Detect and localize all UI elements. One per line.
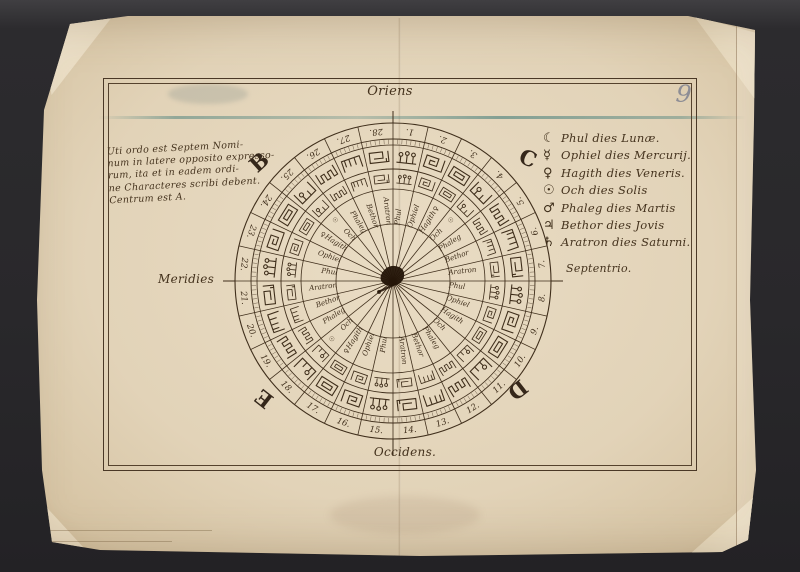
tick-band-mark — [510, 352, 514, 354]
sigil-glyph — [294, 358, 316, 380]
tick-band-mark — [366, 142, 367, 146]
tick-band-mark — [460, 400, 462, 404]
tick-band-mark — [432, 146, 433, 150]
tick-band-mark — [524, 241, 528, 242]
tick-band-mark — [411, 417, 412, 421]
legend-label: Bethor dies Jovis — [561, 218, 664, 232]
sigil-glyph — [488, 336, 507, 358]
legend-label: Phaleg dies Martis — [561, 201, 676, 215]
segment-divider — [239, 246, 393, 281]
sigil-glyph — [316, 376, 338, 395]
spirit-name: Phul — [378, 336, 389, 354]
segment-divider — [358, 281, 393, 435]
legend-block: ☾Phul dies Lunæ.☿Ophiel dies Mercurij.♀H… — [543, 131, 763, 253]
tick-band-mark — [522, 328, 526, 329]
tick-band-mark — [254, 303, 258, 304]
planet-mark: ☉ — [330, 215, 340, 225]
sigil-glyph — [299, 218, 314, 235]
tick-band-mark — [357, 414, 358, 418]
tick-band-mark — [497, 370, 500, 373]
tick-band-mark — [370, 416, 371, 420]
tick-band-mark — [411, 141, 412, 145]
tick-band-mark — [272, 352, 276, 354]
legend-row: ☉Och dies Solis — [543, 183, 763, 200]
photo-background: 9 Oriens Occidens. Meridies Septentrio. … — [0, 0, 800, 572]
tick-band-mark — [316, 163, 318, 167]
wheel-number: 3. — [467, 147, 479, 160]
tick-band-mark — [529, 299, 533, 300]
bottom-crease-line — [42, 530, 212, 531]
segment-divider — [393, 246, 547, 281]
tick-band-mark — [262, 228, 266, 230]
tick-band-mark — [456, 156, 458, 160]
sigil-glyph — [423, 155, 445, 172]
tick-band-mark — [324, 158, 326, 162]
legend-label: Aratron dies Saturni. — [561, 235, 690, 249]
wheel-number: 4. — [493, 168, 507, 182]
spirit-name: Och — [342, 226, 359, 243]
sigil-glyph — [483, 239, 496, 255]
wheel-number: 6. — [529, 226, 541, 237]
sigil-glyph — [278, 204, 297, 226]
tick-band-mark — [419, 142, 420, 146]
tick-band-mark — [259, 236, 263, 237]
sigil-glyph — [510, 285, 524, 305]
tick-band-mark — [415, 416, 416, 420]
sigil-glyph — [287, 285, 296, 300]
tick-band-mark — [264, 336, 268, 338]
tick-band-mark — [357, 144, 358, 148]
sigil-glyph — [448, 166, 470, 185]
sigil-glyph — [312, 345, 329, 362]
tick-band-mark — [348, 411, 349, 415]
tick-band-mark — [262, 332, 266, 334]
tick-band-mark — [468, 396, 470, 400]
sigil-glyph — [298, 327, 313, 344]
tick-band-mark — [298, 176, 301, 179]
sigil-glyph — [263, 285, 275, 305]
tick-band-mark — [494, 186, 497, 189]
segment-divider — [393, 281, 428, 435]
tick-band-mark — [320, 160, 322, 164]
tick-band-mark — [524, 320, 528, 321]
cardinal-label-septentrio: Septentrio. — [566, 262, 632, 275]
sigil-glyph — [457, 200, 474, 217]
sigil-glyph — [267, 229, 284, 251]
tick-band-mark — [336, 406, 338, 410]
tick-band-mark — [523, 324, 527, 325]
tick-band-mark — [520, 228, 524, 230]
spirit-name: Och — [338, 316, 355, 333]
sigil-glyph — [439, 361, 456, 376]
sigil-glyph — [448, 378, 470, 397]
spirit-name: Och — [428, 226, 445, 243]
segment-divider — [393, 281, 547, 316]
tick-band-mark — [508, 204, 512, 206]
spirit-name: Aratron — [397, 335, 409, 365]
tick-band-mark — [253, 263, 257, 264]
legend-label: Hagith dies Veneris. — [561, 166, 685, 180]
tick-band-mark — [254, 254, 258, 255]
tick-band-mark — [526, 245, 530, 246]
tick-band-mark — [340, 150, 342, 154]
tick-band-mark — [491, 376, 494, 379]
tick-band-mark — [258, 320, 262, 321]
sigil-glyph — [290, 307, 303, 323]
legend-row: ☿Ophiel dies Mercurij. — [543, 148, 763, 165]
segment-divider — [393, 127, 428, 281]
wheel-number: 7. — [537, 260, 548, 269]
spirit-name: Phul — [320, 266, 338, 277]
tick-band-mark — [344, 410, 345, 414]
wheel-number: 5. — [514, 195, 527, 207]
tick-band-mark — [256, 245, 260, 246]
tick-band-mark — [324, 400, 326, 404]
wheel-number: 21. — [238, 290, 250, 306]
planet-symbol: ♄ — [543, 235, 561, 250]
planet-symbol: ♀ — [543, 166, 561, 181]
tick-band-mark — [295, 379, 298, 382]
tick-band-mark — [258, 241, 262, 242]
tick-band-mark — [268, 344, 272, 346]
sigil-glyph — [316, 165, 338, 184]
sigil-glyph — [470, 182, 492, 204]
planet-mark: ☉ — [446, 215, 456, 225]
planet-symbol: ♂ — [543, 201, 561, 216]
sigil-glyph — [473, 218, 488, 235]
sigil-glyph — [457, 345, 474, 362]
tick-band-mark — [505, 359, 509, 361]
sigil-glyph — [290, 239, 303, 256]
tick-band-mark — [419, 415, 420, 419]
tick-band-mark — [518, 224, 522, 226]
tick-band-mark — [370, 142, 371, 146]
tick-band-mark — [468, 163, 470, 167]
sigil-glyph — [330, 360, 347, 375]
tick-band-mark — [485, 382, 488, 385]
tick-band-mark — [528, 303, 532, 304]
sigil-glyph — [397, 399, 417, 411]
tick-band-mark — [488, 179, 491, 182]
sigil-glyph — [286, 262, 296, 277]
tick-band-mark — [260, 328, 264, 329]
tick-band-mark — [522, 232, 526, 233]
sigil-glyph — [341, 156, 362, 172]
tick-band-mark — [288, 373, 291, 376]
planet-symbol: ☾ — [543, 131, 561, 146]
tick-band-mark — [277, 359, 281, 361]
tick-band-mark — [491, 183, 494, 186]
tick-band-mark — [512, 348, 516, 350]
sigil-glyph — [490, 262, 499, 277]
tick-band-mark — [529, 263, 533, 264]
sigil-glyph — [294, 182, 316, 204]
sigil-glyph — [351, 178, 367, 191]
tick-band-mark — [456, 402, 458, 406]
tick-band-mark — [503, 363, 506, 366]
tick-band-mark — [527, 307, 531, 308]
sigil-glyph — [419, 371, 435, 384]
sigil-glyph — [351, 371, 368, 384]
tick-band-mark — [280, 196, 283, 199]
tick-band-mark — [320, 398, 322, 402]
sigil-glyph — [439, 187, 456, 202]
tick-band-mark — [260, 232, 264, 233]
tick-band-mark — [510, 208, 514, 210]
spirit-name: Aratron — [308, 280, 338, 292]
sigil-glyph — [374, 175, 389, 184]
tick-band-mark — [336, 152, 338, 156]
tick-band-mark — [428, 414, 429, 418]
tick-band-mark — [503, 196, 506, 199]
tick-band-mark — [253, 299, 257, 300]
wheel-number: 8. — [537, 293, 548, 302]
legend-row: ♀Hagith dies Veneris. — [543, 166, 763, 183]
tick-band-mark — [475, 168, 478, 171]
spirit-name: Ophiel — [360, 332, 376, 358]
tick-band-mark — [277, 200, 281, 202]
tick-band-mark — [440, 148, 441, 152]
tick-band-mark — [514, 344, 518, 346]
folio-number: 9 — [675, 79, 693, 108]
wheel-number: 2. — [437, 133, 449, 145]
tick-band-mark — [275, 204, 279, 206]
spirit-name: Och — [431, 316, 448, 333]
tick-band-mark — [375, 417, 376, 421]
tick-band-mark — [482, 173, 485, 176]
tick-band-mark — [512, 212, 516, 214]
tick-band-mark — [428, 144, 429, 148]
tick-band-mark — [488, 379, 491, 382]
tick-band-mark — [415, 142, 416, 146]
tick-band-mark — [448, 152, 450, 156]
tick-band-mark — [526, 316, 530, 317]
tick-band-mark — [291, 183, 294, 186]
tick-band-mark — [482, 385, 485, 388]
legend-row: ♄Aratron dies Saturni. — [543, 235, 763, 252]
legend-row: ♃Bethor dies Jovis — [543, 218, 763, 235]
sigil-glyph — [397, 378, 412, 387]
tick-band-mark — [460, 158, 462, 162]
sigil-glyph — [369, 151, 389, 163]
sigil-glyph — [502, 229, 518, 250]
wheel-number: 14. — [403, 425, 418, 436]
wheel-number: 22. — [238, 256, 250, 272]
tick-band-mark — [298, 382, 301, 385]
wheel-number: 13. — [435, 416, 451, 430]
tick-band-mark — [340, 408, 342, 412]
sigil-glyph — [423, 390, 444, 406]
right-edge-fold — [736, 16, 758, 556]
tick-band-mark — [508, 356, 512, 358]
tick-band-mark — [366, 415, 367, 419]
tick-band-mark — [254, 258, 258, 259]
tick-band-mark — [523, 236, 527, 237]
tick-band-mark — [375, 141, 376, 145]
tick-band-mark — [270, 212, 274, 214]
sigil-glyph — [330, 186, 347, 201]
tick-band-mark — [497, 189, 500, 192]
wheel-number: 1. — [405, 126, 414, 137]
tick-band-mark — [328, 402, 330, 406]
tick-band-mark — [471, 165, 473, 169]
tick-band-mark — [312, 393, 314, 397]
tick-band-mark — [464, 160, 466, 164]
bottom-crease-line — [42, 541, 172, 542]
paper-stain — [330, 496, 480, 534]
sigil-glyph — [502, 311, 519, 333]
tick-band-mark — [291, 376, 294, 379]
wheel-number: 27. — [335, 132, 352, 146]
sigil-glyph — [268, 311, 284, 332]
sigil-glyph — [489, 285, 499, 300]
tick-band-mark — [285, 370, 288, 373]
wheel-number: 28. — [369, 126, 385, 138]
tick-band-mark — [448, 406, 450, 410]
spirit-name: Phul — [447, 280, 465, 291]
tick-band-mark — [520, 332, 524, 334]
tick-band-mark — [353, 146, 354, 150]
paper-sheet: 9 Oriens Occidens. Meridies Septentrio. … — [0, 0, 800, 572]
tick-band-mark — [312, 165, 314, 169]
tick-band-mark — [475, 391, 478, 394]
tick-band-mark — [485, 176, 488, 179]
tick-band-mark — [440, 410, 441, 414]
tick-band-mark — [295, 179, 298, 182]
note-block: Uti ordo est Septem Nomi-num in latere o… — [107, 138, 280, 208]
wheel-number: 23. — [244, 222, 258, 239]
sigil-glyph — [277, 336, 296, 358]
tick-band-mark — [432, 412, 433, 416]
tick-band-mark — [444, 150, 446, 154]
planet-symbol: ☿ — [543, 148, 561, 163]
cardinal-label-oriens: Oriens — [345, 84, 435, 99]
sigil-glyph — [369, 398, 389, 412]
sigil-glyph — [263, 257, 277, 277]
legend-label: Ophiel dies Mercurij. — [561, 148, 691, 162]
legend-row: ☾Phul dies Lunæ. — [543, 131, 763, 148]
tick-band-mark — [301, 173, 304, 176]
tick-band-mark — [316, 396, 318, 400]
tick-band-mark — [308, 391, 311, 394]
tick-band-mark — [301, 385, 304, 388]
tick-band-mark — [464, 398, 466, 402]
tick-band-mark — [285, 189, 288, 192]
tick-band-mark — [494, 373, 497, 376]
tick-band-mark — [505, 200, 509, 202]
tick-band-mark — [288, 186, 291, 189]
cardinal-label-meridies: Meridies — [158, 272, 214, 286]
sigil-glyph — [511, 257, 523, 277]
tick-band-mark — [275, 356, 279, 358]
sigil-glyph — [397, 151, 417, 165]
tick-band-mark — [328, 156, 330, 160]
sigil-glyph — [483, 307, 496, 324]
tick-band-mark — [353, 412, 354, 416]
tick-band-mark — [264, 224, 268, 226]
tick-band-mark — [256, 316, 260, 317]
sigil-glyph — [397, 174, 412, 184]
corner-fold-top-left — [40, 17, 112, 95]
tick-band-mark — [268, 216, 272, 218]
cardinal-label-occidens: Occidens. — [350, 445, 460, 459]
tick-band-mark — [270, 348, 274, 350]
sigil-glyph — [312, 200, 329, 217]
legend-row: ♂Phaleg dies Martis — [543, 201, 763, 218]
wheel-number: 15. — [369, 425, 384, 436]
planet-mark: ☉ — [327, 334, 337, 344]
tick-band-mark — [308, 168, 311, 171]
sigil-glyph — [419, 178, 436, 191]
center-ink-blot — [377, 290, 381, 294]
legend-label: Och dies Solis — [561, 183, 648, 197]
tick-band-mark — [528, 258, 532, 259]
sigil-glyph — [374, 377, 389, 387]
tick-band-mark — [471, 393, 473, 397]
tick-band-mark — [436, 147, 437, 151]
tick-band-mark — [527, 254, 531, 255]
planet-symbol: ♃ — [543, 218, 561, 233]
tick-band-mark — [259, 324, 263, 325]
wheel-number: 16. — [335, 416, 351, 430]
legend-label: Phul dies Lunæ. — [561, 131, 660, 145]
spirit-name: Aratron — [381, 196, 393, 226]
planet-symbol: ☉ — [543, 183, 561, 198]
spirit-name: Aratron — [447, 265, 477, 277]
sigil-glyph — [490, 204, 509, 226]
tick-band-mark — [280, 363, 283, 366]
wheel-number: 9. — [529, 325, 541, 336]
sigil-glyph — [472, 327, 487, 344]
tick-band-mark — [348, 147, 349, 151]
tick-band-mark — [514, 216, 518, 218]
tick-band-mark — [254, 307, 258, 308]
sigil-glyph — [470, 358, 492, 380]
tick-band-mark — [444, 408, 446, 412]
tick-band-mark — [518, 336, 522, 338]
spirit-name: Ophiel — [317, 248, 343, 264]
tick-band-mark — [436, 411, 437, 415]
sigil-glyph — [341, 390, 363, 407]
wheel-number: 20. — [244, 322, 258, 339]
tick-band-mark — [344, 148, 345, 152]
tick-band-mark — [272, 208, 276, 210]
